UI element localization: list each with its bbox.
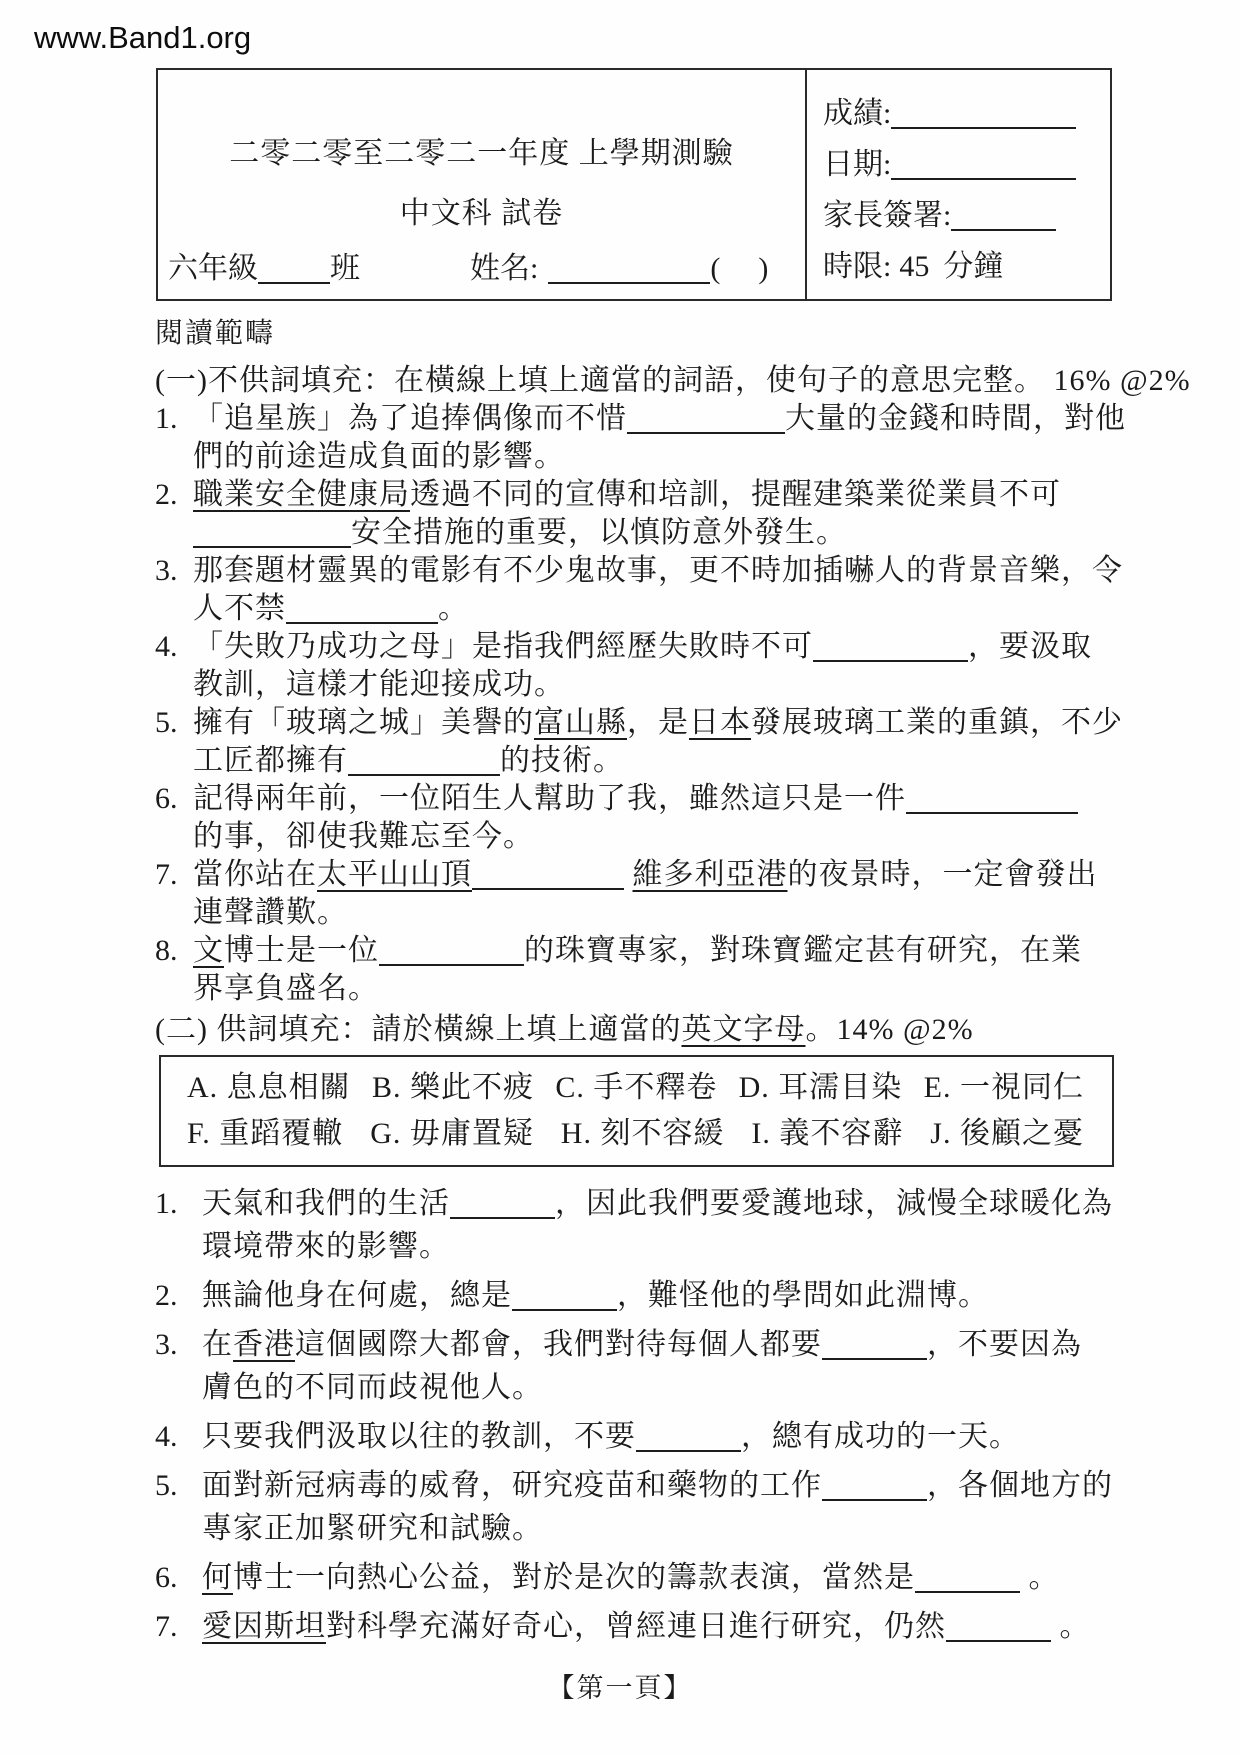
text-run: 的珠寶專家，對珠寶鑑定甚有研究，在業 [524,934,1082,967]
fill-blank [193,546,351,548]
text-run: 記得兩年前，一位陌生人幫助了我，雖然這只是一件 [193,782,906,815]
text-run: 專家正加緊研究和試驗。 [202,1512,543,1545]
paren-close: ) [758,252,768,285]
text-run: 當你站在 [193,858,317,891]
text-run: 透過不同的宣傳和培訓，提醒建築業從業員不可 [410,478,1061,511]
fill-blank [822,1358,927,1360]
text-run: 「追星族」為了追捧偶像而不惜 [193,402,627,435]
header-admin-cell: 成績: 日期: 家長簽署: 時限:45分鐘 [807,70,1110,299]
time-limit-row: 時限:45分鐘 [823,241,1098,285]
exam-subtitle: 中文科 試卷 [158,188,805,232]
question-number: 3. [155,552,193,590]
fill-blank [379,964,524,966]
text-run: 工匠都擁有 [193,744,348,777]
fill-blank [946,1640,1051,1642]
name-blank [548,282,710,284]
text-run: 擁有「玻璃之城」美譽的 [193,706,534,739]
fill-blank [348,774,500,776]
section-reading-label: 閱讀範疇 [155,316,275,352]
text-run: 連聲讚歎。 [193,896,348,929]
text-run: ，要汲取 [968,630,1092,663]
parent-signature-row: 家長簽署: [823,190,1098,234]
underlined-term: 英文字母 [681,1013,805,1046]
site-watermark: www.Band1.org [34,20,251,56]
text-run: ，難怪他的學問如此淵博。 [617,1279,989,1312]
part1-heading: (一)不供詞填充：在橫線上填上適當的詞語，使句子的意思完整。 16% @2% [155,362,1145,400]
text-run: ，是 [627,706,689,739]
text-run: (二) 供詞填充：請於橫線上填上適當的 [155,1013,681,1046]
parent-signature-label: 家長簽署: [823,199,951,232]
text-run: 天氣和我們的生活 [202,1187,450,1220]
question-number: 6. [155,1556,202,1599]
underlined-term: 日本 [689,706,751,739]
text-run: 發展玻璃工業的重鎮，不少 [751,706,1123,739]
underlined-term: 何 [202,1561,233,1594]
question-item: 4.只要我們汲取以往的教訓，不要，總有成功的一天。 [155,1415,1145,1458]
score-label: 成績: [823,97,891,130]
fill-blank [813,660,968,662]
text-run: 這個國際大都會，我們對待每個人都要 [295,1328,822,1361]
class-blank [258,282,330,284]
text-run: 。 [1051,1610,1091,1643]
text-run: 面對新冠病毒的威脅，研究疫苗和藥物的工作 [202,1469,822,1502]
exam-header-box: 二零二零至二零二一年度 上學期測驗 中文科 試卷 六年級班姓名:() 成績: 日… [156,68,1112,301]
question-number: 5. [155,1464,202,1507]
question-number: 1. [155,400,193,438]
text-run: 只要我們汲取以往的教訓，不要 [202,1420,636,1453]
text-run [624,858,633,891]
idiom-option: C. 手不釋卷 [555,1065,717,1111]
part2-questions: 1.天氣和我們的生活，因此我們要愛護地球，減慢全球暖化為環境帶來的影響。2.無論… [155,1182,1145,1648]
name-label: 姓名: [470,252,538,285]
question-item: 1.「追星族」為了追捧偶像而不惜大量的金錢和時間，對他們的前途造成負面的影響。 [155,400,1145,476]
idiom-option: J. 後顧之憂 [930,1111,1084,1157]
text-run: 界享負盛名。 [193,972,379,1005]
text-run: 環境帶來的影響。 [202,1230,450,1263]
fill-blank [450,1217,555,1219]
question-item: 3.在香港這個國際大都會，我們對待每個人都要，不要因為膚色的不同而歧視他人。 [155,1323,1145,1409]
paren-open: ( [710,252,720,285]
date-row: 日期: [823,139,1098,183]
question-item: 7.愛因斯坦對科學充滿好奇心，曾經連日進行研究，仍然 。 [155,1605,1145,1648]
part1-questions: 1.「追星族」為了追捧偶像而不惜大量的金錢和時間，對他們的前途造成負面的影響。2… [155,400,1145,1008]
question-item: 6.何博士一向熱心公益，對於是次的籌款表演，當然是 。 [155,1556,1145,1599]
exam-title: 二零二零至二零二一年度 上學期測驗 [158,128,805,172]
question-number: 5. [155,704,193,742]
question-number: 4. [155,628,193,666]
text-run: 在 [202,1328,233,1361]
text-run: 「失敗乃成功之母」是指我們經歷失敗時不可 [193,630,813,663]
underlined-term: 太平山山頂 [317,858,472,891]
date-blank [891,178,1076,180]
text-run: 的夜景時，一定會發出 [788,858,1098,891]
idiom-option: D. 耳濡目染 [739,1065,903,1111]
text-run: 大量的金錢和時間，對他 [785,402,1126,435]
question-number: 6. [155,780,193,818]
underlined-term: 香港 [233,1328,295,1361]
text-run: 那套題材靈異的電影有不少鬼故事，更不時加插嚇人的背景音樂，令 [193,554,1123,587]
question-item: 2.無論他身在何處，總是，難怪他的學問如此淵博。 [155,1274,1145,1317]
page-number: 【第一頁】 [0,1666,1240,1705]
text-run: 。 [438,592,469,625]
fill-blank [822,1499,927,1501]
question-number: 2. [155,476,193,514]
score-row: 成績: [823,88,1098,132]
underlined-term: 富山縣 [534,706,627,739]
question-item: 6.記得兩年前，一位陌生人幫助了我，雖然這只是一件的事，卻使我難忘至今。 [155,780,1145,856]
question-item: 1.天氣和我們的生活，因此我們要愛護地球，減慢全球暖化為環境帶來的影響。 [155,1182,1145,1268]
fill-blank [472,888,624,890]
question-item: 7.當你站在太平山山頂 維多利亞港的夜景時，一定會發出連聲讚歎。 [155,856,1145,932]
question-number: 7. [155,856,193,894]
text-run: ，各個地方的 [927,1469,1113,1502]
fill-blank [512,1309,617,1311]
text-run: ，因此我們要愛護地球，減慢全球暖化為 [555,1187,1113,1220]
question-number: 7. [155,1605,202,1648]
question-number: 2. [155,1274,202,1317]
date-label: 日期: [823,148,891,181]
text-run: 博士是一位 [224,934,379,967]
exam-page: www.Band1.org 二零二零至二零二一年度 上學期測驗 中文科 試卷 六… [0,0,1240,1754]
text-run: 的技術。 [500,744,624,777]
time-limit-label: 時限: [823,250,891,283]
idiom-option: A. 息息相關 [187,1065,351,1111]
underlined-term: 職業安全健康局 [193,478,410,511]
underlined-term: 愛因斯坦 [202,1610,326,1643]
fill-blank [906,812,1078,814]
part2-section: (二) 供詞填充：請於橫線上填上適當的英文字母。14% @2% A. 息息相關B… [155,1008,1145,1654]
idiom-bank-box: A. 息息相關B. 樂此不疲C. 手不釋卷D. 耳濡目染E. 一視同仁F. 重蹈… [159,1055,1114,1167]
time-limit-unit: 分鐘 [943,250,1003,283]
text-run: 安全措施的重要，以慎防意外發生。 [351,516,847,549]
parent-signature-blank [951,229,1056,231]
header-title-cell: 二零二零至二零二一年度 上學期測驗 中文科 試卷 六年級班姓名:() [158,70,807,299]
idiom-option: I. 義不容辭 [751,1111,903,1157]
grade-label: 六年級 [168,252,258,285]
text-run: 對科學充滿好奇心，曾經連日進行研究，仍然 [326,1610,946,1643]
idiom-option: B. 樂此不疲 [372,1065,534,1111]
text-run: 們的前途造成負面的影響。 [193,440,565,473]
question-number: 1. [155,1182,202,1225]
question-item: 8.文博士是一位的珠寶專家，對珠寶鑑定甚有研究，在業界享負盛名。 [155,932,1145,1008]
question-item: 4.「失敗乃成功之母」是指我們經歷失敗時不可，要汲取教訓，這樣才能迎接成功。 [155,628,1145,704]
text-run: (一)不供詞填充：在橫線上填上適當的詞語，使句子的意思完整。 16% @2% [155,364,1191,397]
part1-section: (一)不供詞填充：在橫線上填上適當的詞語，使句子的意思完整。 16% @2% 1… [155,362,1145,1008]
idiom-option: E. 一視同仁 [924,1065,1084,1111]
fill-blank [286,622,438,624]
question-number: 8. [155,932,193,970]
idiom-option: H. 刻不容緩 [561,1111,725,1157]
fill-blank [627,432,785,434]
grade-name-row: 六年級班姓名:() [168,243,768,287]
question-item: 5.擁有「玻璃之城」美譽的富山縣，是日本發展玻璃工業的重鎮，不少工匠都擁有的技術… [155,704,1145,780]
text-run: 無論他身在何處，總是 [202,1279,512,1312]
text-run: ，總有成功的一天。 [741,1420,1020,1453]
text-run: 。14% @2% [805,1013,973,1046]
underlined-term: 文 [193,934,224,967]
time-limit-value: 45 [899,250,929,283]
question-number: 3. [155,1323,202,1366]
text-run: 。 [1020,1561,1060,1594]
question-item: 5.面對新冠病毒的威脅，研究疫苗和藥物的工作，各個地方的專家正加緊研究和試驗。 [155,1464,1145,1550]
text-run: 教訓，這樣才能迎接成功。 [193,668,565,701]
part2-heading: (二) 供詞填充：請於橫線上填上適當的英文字母。14% @2% [155,1008,1145,1051]
class-label: 班 [330,252,360,285]
question-item: 3.那套題材靈異的電影有不少鬼故事，更不時加插嚇人的背景音樂，令人不禁。 [155,552,1145,628]
underlined-term: 維多利亞港 [633,858,788,891]
text-run: 博士一向熱心公益，對於是次的籌款表演，當然是 [233,1561,915,1594]
text-run: 膚色的不同而歧視他人。 [202,1371,543,1404]
question-item: 2.職業安全健康局透過不同的宣傳和培訓，提醒建築業從業員不可安全措施的重要，以慎… [155,476,1145,552]
fill-blank [915,1591,1020,1593]
text-run: 人不禁 [193,592,286,625]
text-run: ，不要因為 [927,1328,1082,1361]
question-number: 4. [155,1415,202,1458]
idiom-bank-row: F. 重蹈覆轍G. 毋庸置疑H. 刻不容緩I. 義不容辭J. 後顧之憂 [187,1111,1084,1157]
fill-blank [636,1450,741,1452]
idiom-bank-row: A. 息息相關B. 樂此不疲C. 手不釋卷D. 耳濡目染E. 一視同仁 [187,1065,1084,1111]
idiom-option: G. 毋庸置疑 [370,1111,534,1157]
score-blank [891,127,1076,129]
idiom-option: F. 重蹈覆轍 [187,1111,343,1157]
text-run: 的事，卻使我難忘至今。 [193,820,534,853]
